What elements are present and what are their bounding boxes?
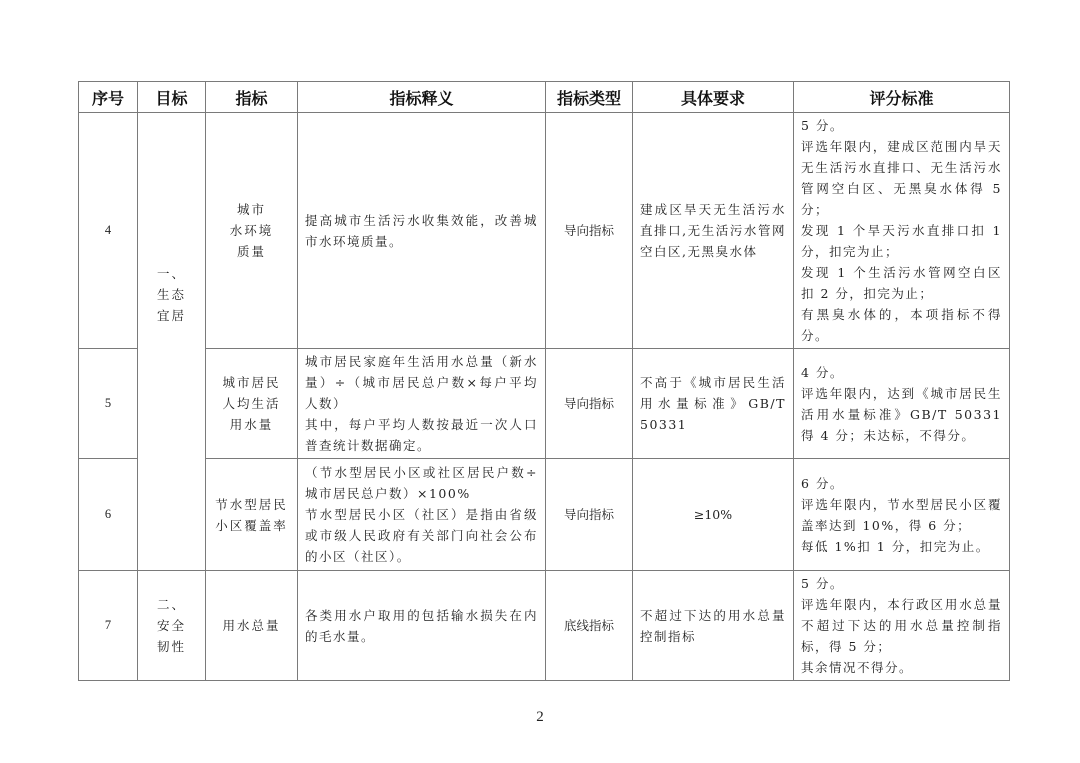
- goal-cell: 二、 安全 韧性: [138, 571, 206, 681]
- header-indicator: 指标: [206, 82, 298, 113]
- requirement: 不高于《城市居民生活用水量标准》GB/T 50331: [633, 349, 794, 459]
- indicator-definition: 提高城市生活污水收集效能，改善城市水环境质量。: [298, 113, 546, 349]
- header-requirement: 具体要求: [633, 82, 794, 113]
- indicator-table: 序号 目标 指标 指标释义 指标类型 具体要求 评分标准 4 一、 生态 宜居 …: [78, 81, 1010, 681]
- goal-cell: 一、 生态 宜居: [138, 113, 206, 571]
- indicator-name: 城市 水环境 质量: [206, 113, 298, 349]
- scoring-criteria: 5 分。 评选年限内，建成区范围内旱天无生活污水直排口、无生活污水管网空白区、无…: [794, 113, 1010, 349]
- table-row: 6 节水型居民 小区覆盖率 （节水型居民小区或社区居民户数÷城市居民总户数）×1…: [79, 459, 1010, 571]
- indicator-definition: 城市居民家庭年生活用水总量（新水量）÷（城市居民总户数×每户平均人数） 其中，每…: [298, 349, 546, 459]
- row-number: 7: [79, 571, 138, 681]
- header-definition: 指标释义: [298, 82, 546, 113]
- row-number: 4: [79, 113, 138, 349]
- header-goal: 目标: [138, 82, 206, 113]
- table-row: 4 一、 生态 宜居 城市 水环境 质量 提高城市生活污水收集效能，改善城市水环…: [79, 113, 1010, 349]
- table-row: 5 城市居民 人均生活 用水量 城市居民家庭年生活用水总量（新水量）÷（城市居民…: [79, 349, 1010, 459]
- page-number: 2: [0, 709, 1080, 726]
- requirement: 建成区旱天无生活污水直排口,无生活污水管网空白区,无黑臭水体: [633, 113, 794, 349]
- scoring-criteria: 5 分。 评选年限内，本行政区用水总量不超过下达的用水总量控制指标，得 5 分；…: [794, 571, 1010, 681]
- indicator-definition: （节水型居民小区或社区居民户数÷城市居民总户数）×100% 节水型居民小区（社区…: [298, 459, 546, 571]
- indicator-type: 导向指标: [546, 113, 633, 349]
- indicator-type: 导向指标: [546, 349, 633, 459]
- indicator-name: 城市居民 人均生活 用水量: [206, 349, 298, 459]
- indicator-definition: 各类用水户取用的包括输水损失在内的毛水量。: [298, 571, 546, 681]
- requirement: 不超过下达的用水总量控制指标: [633, 571, 794, 681]
- row-number: 5: [79, 349, 138, 459]
- header-serial-number: 序号: [79, 82, 138, 113]
- indicator-name: 节水型居民 小区覆盖率: [206, 459, 298, 571]
- header-scoring: 评分标准: [794, 82, 1010, 113]
- table-row: 7 二、 安全 韧性 用水总量 各类用水户取用的包括输水损失在内的毛水量。 底线…: [79, 571, 1010, 681]
- indicator-type: 导向指标: [546, 459, 633, 571]
- row-number: 6: [79, 459, 138, 571]
- header-indicator-type: 指标类型: [546, 82, 633, 113]
- requirement: ≥10%: [633, 459, 794, 571]
- scoring-criteria: 6 分。 评选年限内，节水型居民小区覆盖率达到 10%，得 6 分； 每低 1%…: [794, 459, 1010, 571]
- scoring-criteria: 4 分。 评选年限内，达到《城市居民生活用水量标准》GB/T 50331 得 4…: [794, 349, 1010, 459]
- indicator-name: 用水总量: [206, 571, 298, 681]
- table-header-row: 序号 目标 指标 指标释义 指标类型 具体要求 评分标准: [79, 82, 1010, 113]
- indicator-type: 底线指标: [546, 571, 633, 681]
